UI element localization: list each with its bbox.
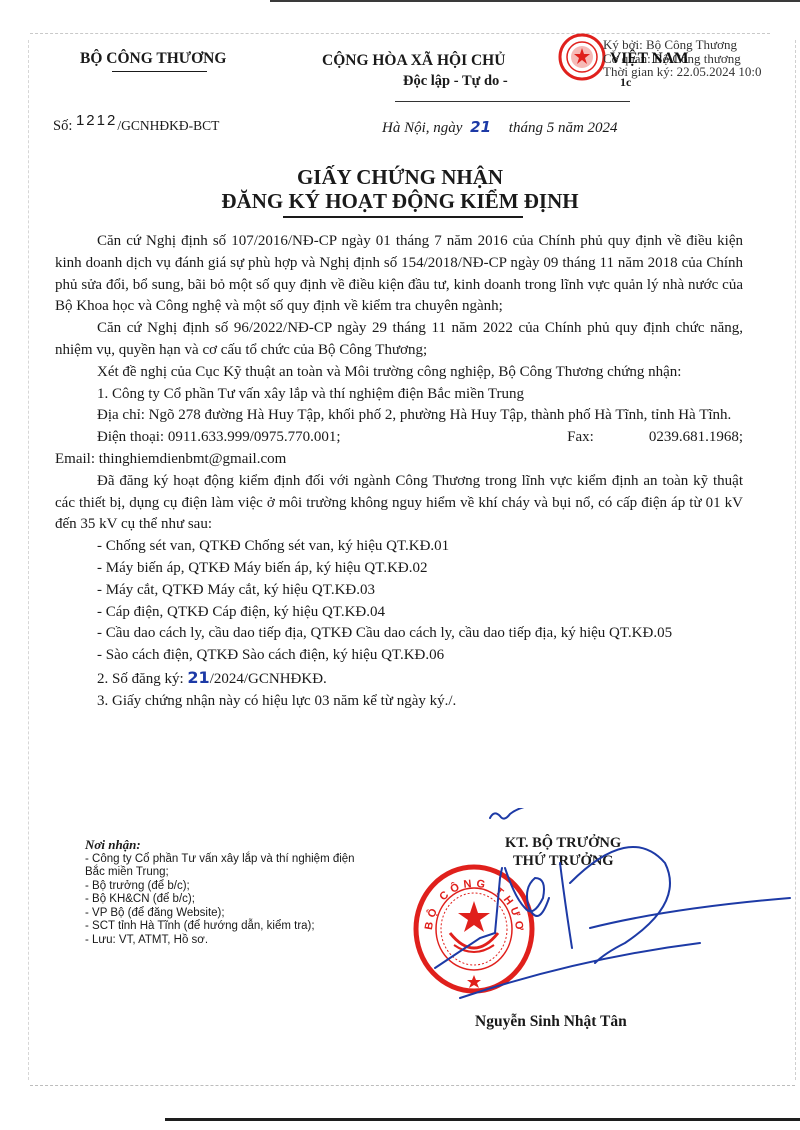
recipient-item: - VP Bộ (để đăng Website); <box>85 907 355 921</box>
doc-number-suffix: /GCNHĐKĐ-BCT <box>117 118 219 133</box>
phone-number: Điện thoại: 0911.633.999/0975.770.001; <box>97 427 341 449</box>
recipient-item: - Lưu: VT, ATMT, Hồ sơ. <box>85 934 355 948</box>
date-prefix: Hà Nội, ngày <box>382 120 462 136</box>
proposal-paragraph: Xét đề nghị của Cục Kỹ thuật an toàn và … <box>55 362 743 384</box>
recipient-item: - Công ty Cổ phần Tư vấn xây lắp và thí … <box>85 853 355 867</box>
recipient-item: - Bộ trưởng (để b/c); <box>85 880 355 894</box>
scope-item: - Cầu dao cách ly, cầu dao tiếp địa, QTK… <box>55 623 743 645</box>
document-title: GIẤY CHỨNG NHẬN <box>0 165 800 190</box>
date-suffix: tháng 5 năm 2024 <box>509 120 618 136</box>
email-address: Email: thinghiemdienbmt@gmail.com <box>55 449 743 471</box>
scope-item: - Cáp điện, QTKĐ Cáp điện, ký hiệu QT.KĐ… <box>55 602 743 624</box>
company-address: Địa chỉ: Ngõ 278 đường Hà Huy Tập, khối … <box>55 405 743 427</box>
country-name: CỘNG HÒA XÃ HỘI CHỦ <box>322 52 505 70</box>
recipient-item: - SCT tỉnh Hà Tĩnh (để hướng dẫn, kiểm t… <box>85 920 355 934</box>
fax-number: 0239.681.1968; <box>649 427 743 449</box>
scope-item: - Chống sét van, QTKĐ Chống sét van, ký … <box>55 536 743 558</box>
page-border-bottom <box>30 1085 795 1086</box>
recipients-block: Nơi nhận: - Công ty Cổ phần Tư vấn xây l… <box>85 838 355 947</box>
date-day-handwritten: 21 <box>470 118 491 136</box>
contact-row: Điện thoại: 0911.633.999/0975.770.001; F… <box>55 427 743 449</box>
scan-edge-bottom <box>165 1118 800 1121</box>
issuing-ministry: BỘ CÔNG THƯƠNG <box>80 50 226 68</box>
validity-clause: 3. Giấy chứng nhận này có hiệu lực 03 nă… <box>55 691 743 713</box>
document-body: Căn cứ Nghị định số 107/2016/NĐ-CP ngày … <box>55 231 743 713</box>
scan-edge-top <box>270 0 800 2</box>
ministry-underline <box>112 71 207 72</box>
reg-label: 2. Số đăng ký: <box>97 671 184 687</box>
document-number: Số: 1212/GCNHĐKĐ-BCT <box>53 117 219 135</box>
scope-item: - Máy cắt, QTKĐ Máy cắt, ký hiệu QT.KĐ.0… <box>55 580 743 602</box>
signer-name: Nguyễn Sinh Nhật Tân <box>475 1013 627 1031</box>
issue-date: Hà Nội, ngày 21 tháng 5 năm 2024 <box>382 118 618 137</box>
page-border-top <box>30 33 770 34</box>
scope-item: - Máy biến áp, QTKĐ Máy biến áp, ký hiệu… <box>55 558 743 580</box>
motto-underline <box>395 101 630 102</box>
recipient-item: - Bộ KH&CN (để b/c); <box>85 893 355 907</box>
national-motto: Độc lập - Tự do - <box>403 73 508 90</box>
reg-number-handwritten: 21 <box>187 668 209 687</box>
legal-basis-2: Căn cứ Nghị định số 96/2022/NĐ-CP ngày 2… <box>55 318 743 362</box>
recipient-item: Bắc miền Trung; <box>85 866 355 880</box>
recipients-heading: Nơi nhận: <box>85 838 355 852</box>
legal-basis-1: Căn cứ Nghị định số 107/2016/NĐ-CP ngày … <box>55 231 743 318</box>
company-name: 1. Công ty Cổ phần Tư vấn xây lắp và thí… <box>55 384 743 406</box>
doc-number-handwritten: 1212 <box>76 112 117 129</box>
registration-number: 2. Số đăng ký: 21/2024/GCNHĐKĐ. <box>55 667 743 691</box>
fax-label: Fax: <box>567 427 594 449</box>
scope-item: - Sào cách điện, QTKĐ Sào cách điện, ký … <box>55 645 743 667</box>
reg-suffix: /2024/GCNHĐKĐ. <box>210 671 327 687</box>
fax-block: Fax: 0239.681.1968; <box>567 427 743 449</box>
doc-number-label: Số: <box>53 118 72 134</box>
scope-paragraph: Đã đăng ký hoạt động kiểm định đối với n… <box>55 471 743 536</box>
country-name-overlap: VIỆT NAM <box>610 50 689 68</box>
title-underline <box>283 216 523 218</box>
handwritten-signature <box>420 808 800 1028</box>
digital-seal-icon <box>558 33 606 81</box>
document-subtitle: ĐĂNG KÝ HOẠT ĐỘNG KIỂM ĐỊNH <box>0 189 800 214</box>
